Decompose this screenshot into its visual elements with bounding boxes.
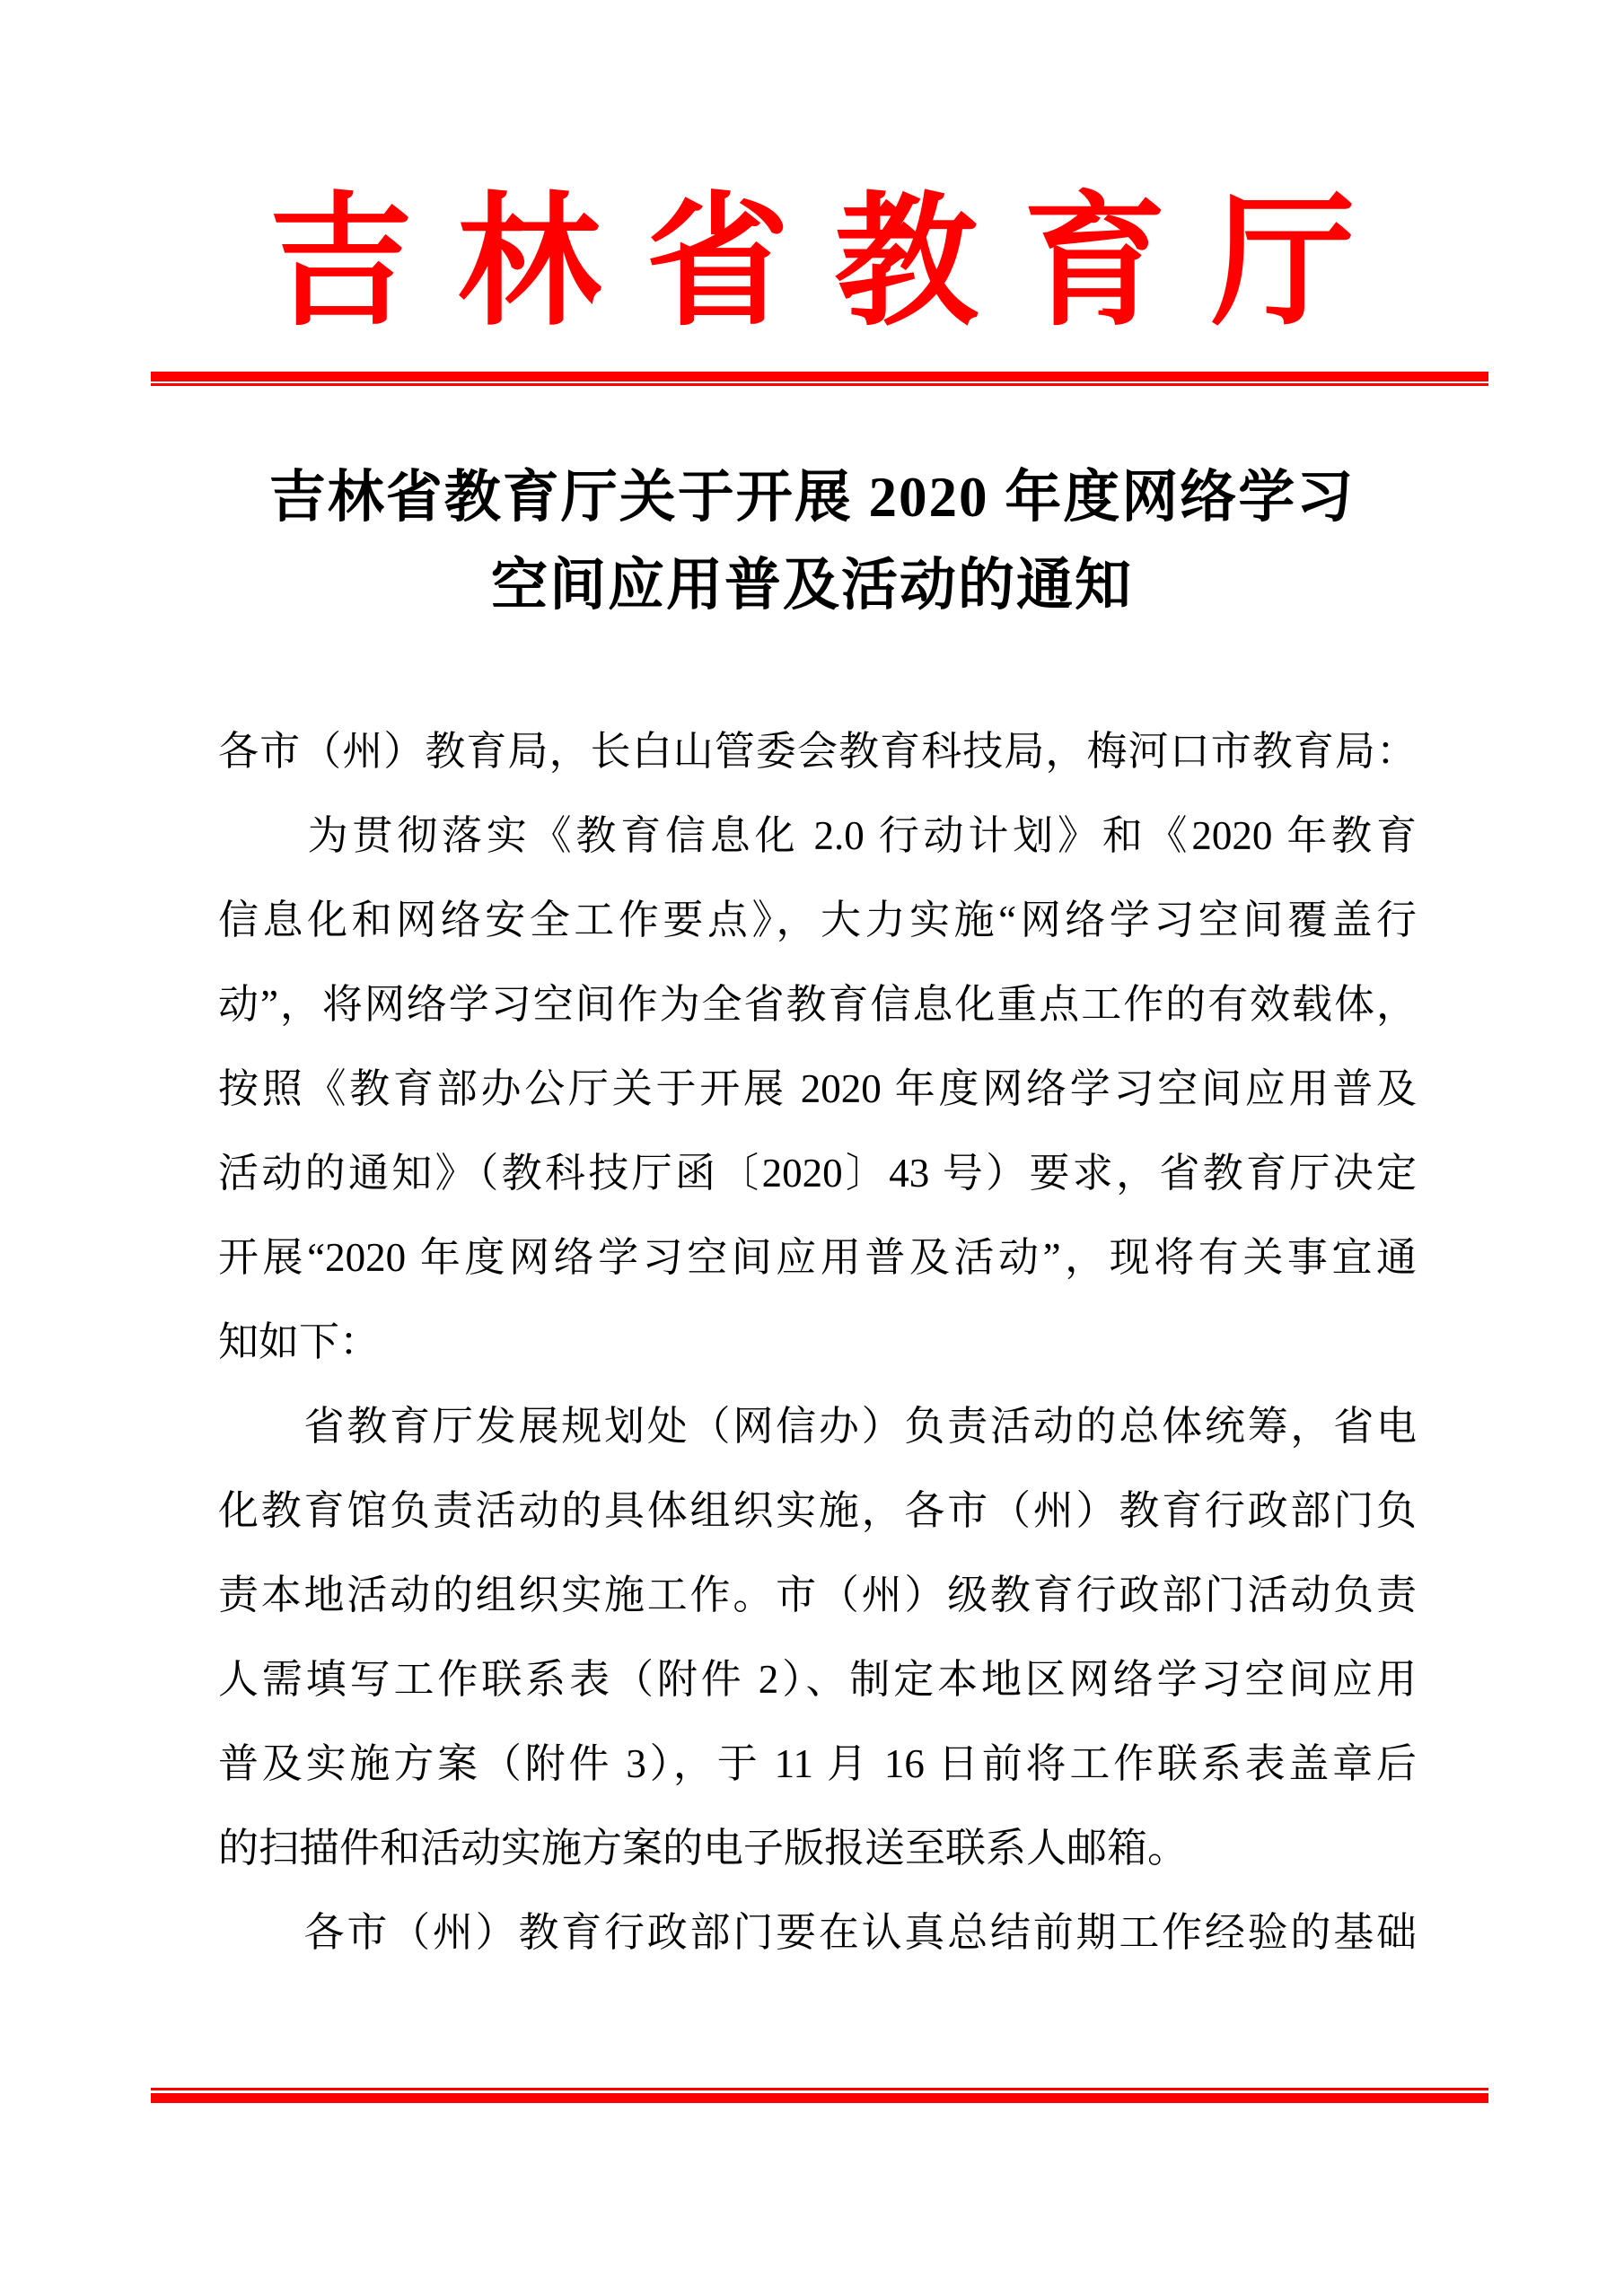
body-line: 普及实施方案（附件 3），于 11 月 16 日前将工作联系表盖章后 xyxy=(218,1722,1417,1806)
body-line: 按照《教育部办公厅关于开展 2020 年度网络学习空间应用普及 xyxy=(218,1047,1417,1131)
separator-thick-line xyxy=(151,372,1488,381)
body-line: 化教育馆负责活动的具体组织实施，各市（州）教育行政部门负 xyxy=(218,1468,1417,1553)
page-bottom-separator xyxy=(151,2088,1488,2103)
body-line: 开展“2020 年度网络学习空间应用普及活动”，现将有关事宜通 xyxy=(218,1215,1417,1300)
body-line: 责本地活动的组织实施工作。市（州）级教育行政部门活动负责 xyxy=(218,1553,1417,1637)
document-body: 各市（州）教育局，长白山管委会教育科技局，梅河口市教育局： 为贯彻落实《教育信息… xyxy=(218,709,1417,1975)
separator-thin-line xyxy=(151,383,1488,386)
separator-thick-line xyxy=(151,2093,1488,2103)
body-line: 各市（州）教育行政部门要在认真总结前期工作经验的基础 xyxy=(218,1890,1417,1975)
body-line: 的扫描件和活动实施方案的电子版报送至联系人邮箱。 xyxy=(218,1806,1417,1890)
body-line: 省教育厅发展规划处（网信办）负责活动的总体统筹，省电 xyxy=(218,1384,1417,1468)
body-line: 动”，将网络学习空间作为全省教育信息化重点工作的有效载体， xyxy=(218,962,1417,1047)
document-title-line1: 吉林省教育厅关于开展 2020 年度网络学习 xyxy=(0,453,1624,541)
document-title: 吉林省教育厅关于开展 2020 年度网络学习 空间应用普及活动的通知 xyxy=(0,453,1624,629)
document-page: 吉林省教育厅 吉林省教育厅关于开展 2020 年度网络学习 空间应用普及活动的通… xyxy=(0,0,1624,2296)
body-line: 活动的通知》（教科技厅函〔2020〕43 号）要求，省教育厅决定 xyxy=(218,1131,1417,1215)
separator-thin-line xyxy=(151,2088,1488,2090)
letterhead-agency-name: 吉林省教育厅 xyxy=(0,191,1624,335)
body-line: 信息化和网络安全工作要点》，大力实施“网络学习空间覆盖行 xyxy=(218,878,1417,962)
body-line: 各市（州）教育局，长白山管委会教育科技局，梅河口市教育局： xyxy=(218,709,1417,793)
document-title-line2: 空间应用普及活动的通知 xyxy=(0,541,1624,629)
body-line: 为贯彻落实《教育信息化 2.0 行动计划》和《2020 年教育 xyxy=(218,793,1417,878)
letterhead-separator xyxy=(151,372,1488,386)
body-line: 知如下： xyxy=(218,1300,1417,1384)
body-line: 人需填写工作联系表（附件 2）、制定本地区网络学习空间应用 xyxy=(218,1637,1417,1722)
